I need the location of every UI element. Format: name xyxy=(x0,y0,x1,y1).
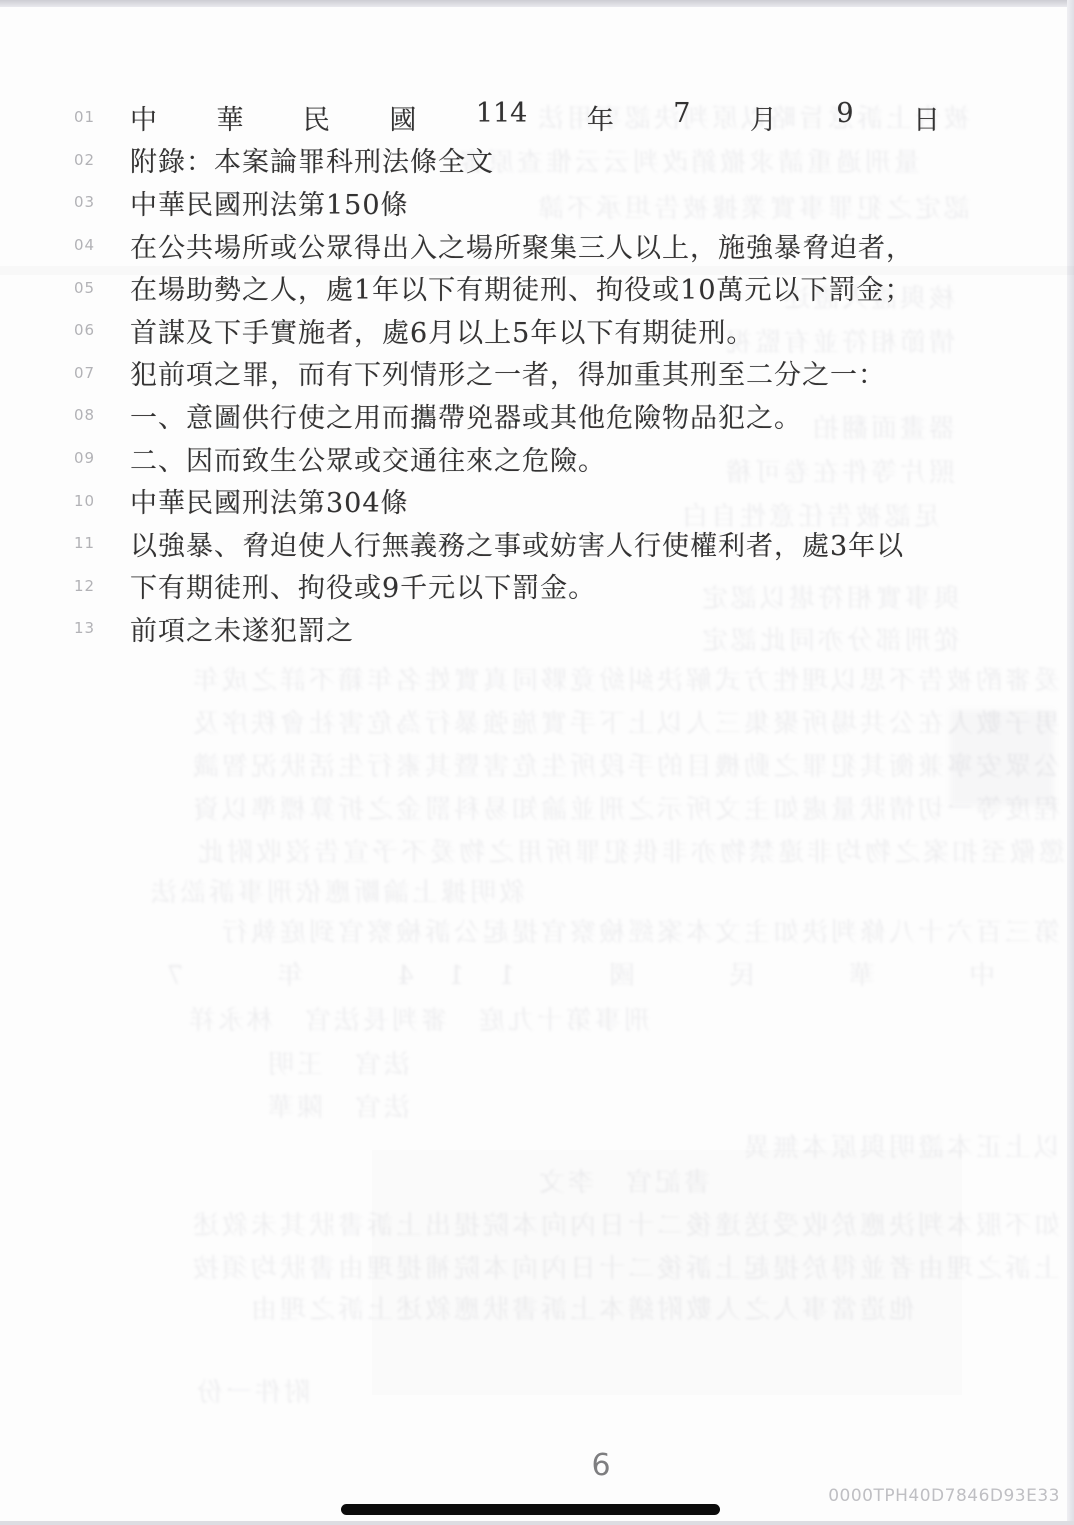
bleedthrough-line: 刑事第十九庭 審判長法官 林永祥 xyxy=(190,1000,650,1037)
date-token: 7 xyxy=(673,98,690,137)
date-token: 國 xyxy=(389,98,416,137)
text-line: 03 中華民國刑法第150條 xyxy=(0,181,1074,224)
line-number: 03 xyxy=(74,193,130,211)
line-number: 07 xyxy=(74,364,130,382)
bleedthrough-line: 法官 陳華 xyxy=(190,1087,410,1124)
document-id: 0000TPH40D7846D93E33 xyxy=(828,1486,1060,1506)
date-token: 華 xyxy=(216,98,243,137)
bleedthrough-line: 附件一份 xyxy=(110,1372,310,1409)
redaction-bar xyxy=(341,1504,720,1515)
line-text: 犯前項之罪，而有下列情形之一者，得加重其刑至二分之一： xyxy=(130,353,886,392)
text-line: 07 犯前項之罪，而有下列情形之一者，得加重其刑至二分之一： xyxy=(0,352,1074,395)
text-line: 06 首謀及下手實施者，處6月以上5年以下有期徒刑。 xyxy=(0,309,1074,352)
text-line: 09 二、因而致生公眾或交通往來之危險。 xyxy=(0,437,1074,480)
line-text: 中華民國刑法第150條 xyxy=(130,183,409,222)
bleedthrough-line: 如不服本判決應於收受送達後二十日內向本院提出上訴書狀其未敘述 xyxy=(95,1205,1060,1242)
bleedthrough-line: 法官 王明 xyxy=(190,1044,410,1081)
line-text: 前項之未遂犯罰之 xyxy=(130,609,354,648)
judgment-text-block: 01 中 華 民 國 114 年 7 月 9 日 02 附錄：本案論罪科刑法條全… xyxy=(0,96,1074,650)
line-text: 在場助勢之人，處1年以下有期徒刑、拘役或10萬元以下罰金； xyxy=(130,268,913,307)
bleedthrough-line: 公眾安寧兼衡其犯罪之動機目的手段所生危害暨其素行生活狀況智識 xyxy=(95,746,1060,783)
line-number: 12 xyxy=(74,577,130,595)
bleedthrough-line: 男子數人在公共場所聚集三人以上下手實施強暴行為危害社會秩序及 xyxy=(95,703,1060,740)
bleedthrough-line: 書記官 李文 xyxy=(430,1162,710,1199)
line-number: 10 xyxy=(74,492,130,510)
line-text: 附錄：本案論罪科刑法條全文 xyxy=(130,140,494,179)
text-line: 11 以強暴、脅迫使人行無義務之事或妨害人行使權利者，處3年以 xyxy=(0,522,1074,565)
line-number: 02 xyxy=(74,151,130,169)
line-text: 中華民國刑法第304條 xyxy=(130,481,409,520)
bleedthrough-line: 以上正本證明與原本無異 xyxy=(620,1127,1060,1164)
line-text: 在公共場所或公眾得出入之場所聚集三人以上，施強暴脅迫者， xyxy=(130,226,914,265)
bleedthrough-line: 第三百六十八條判決如主文本案經檢察官提起公訴檢察官到庭執行 xyxy=(200,912,1060,949)
bleedthrough-line: 程度等一切情狀量處如主文所示之刑並諭知易科罰金之折算標準以資 xyxy=(95,789,1060,826)
text-line: 04 在公共場所或公眾得出入之場所聚集三人以上，施強暴脅迫者， xyxy=(0,224,1074,267)
scanned-judgment-page: 被告上訴意旨略以原判決認事用法均有違誤 量刑過重請求撤銷改判云云惟查原審 認定之… xyxy=(0,0,1074,1525)
text-line: 01 中 華 民 國 114 年 7 月 9 日 xyxy=(0,96,1074,139)
bleedthrough-line: 他造當事人之人數附繕本上訴書狀應敘述上訴之理由 xyxy=(95,1289,915,1326)
text-line: 10 中華民國刑法第304條 xyxy=(0,479,1074,522)
text-line: 13 前項之未遂犯罰之 xyxy=(0,607,1074,650)
text-line: 05 在場助勢之人，處1年以下有期徒刑、拘役或10萬元以下罰金； xyxy=(0,266,1074,309)
bleedthrough-line: 懲儆至扣案之物均非違禁物亦非供犯罪所用之物爰不予宣告沒收附此 xyxy=(70,832,1065,869)
republic-era-date-line: 中 華 民 國 114 年 7 月 9 日 xyxy=(130,98,940,137)
date-token: 月 xyxy=(750,98,777,137)
line-number: 13 xyxy=(74,619,130,637)
line-number: 09 xyxy=(74,449,130,467)
bleedthrough-line: 上訴之理由者並得於提起上訴後二十日內向本院補提理由書狀均須按 xyxy=(95,1248,1060,1285)
line-number: 01 xyxy=(74,108,130,126)
date-token: 114 xyxy=(476,98,528,137)
text-line: 08 一、意圖供行使之用而攜帶兇器或其他危險物品犯之。 xyxy=(0,394,1074,437)
scan-top-edge xyxy=(0,0,1074,7)
scan-bottom-edge xyxy=(0,1521,1074,1525)
date-token: 年 xyxy=(587,98,614,137)
bleedthrough-line: 敘明據上論斷應依刑事訴訟法 xyxy=(95,872,525,909)
line-number: 08 xyxy=(74,406,130,424)
date-token: 民 xyxy=(303,98,330,137)
line-number: 06 xyxy=(74,321,130,339)
line-text: 二、因而致生公眾或交通往來之危險。 xyxy=(130,439,606,478)
date-token: 中 xyxy=(130,98,157,137)
line-text: 以強暴、脅迫使人行無義務之事或妨害人行使權利者，處3年以 xyxy=(130,524,904,563)
page-number: 6 xyxy=(566,1448,636,1483)
bleedthrough-line: 爰審酌被告不思以理性方式解決糾紛竟夥同真實姓名年籍不詳之成年 xyxy=(95,660,1060,697)
text-line: 02 附錄：本案論罪科刑法條全文 xyxy=(0,139,1074,182)
line-number: 11 xyxy=(74,534,130,552)
line-text: 首謀及下手實施者，處6月以上5年以下有期徒刑。 xyxy=(130,311,754,350)
bleedthrough-date-line: 中 華 民 國 114 年 7 月 9 日 xyxy=(95,955,995,992)
date-token: 9 xyxy=(836,98,853,137)
line-number: 04 xyxy=(74,236,130,254)
line-text: 一、意圖供行使之用而攜帶兇器或其他危險物品犯之。 xyxy=(130,396,802,435)
date-token: 日 xyxy=(913,98,940,137)
line-number: 05 xyxy=(74,279,130,297)
line-text: 下有期徒刑、拘役或9千元以下罰金。 xyxy=(130,566,596,605)
text-line: 12 下有期徒刑、拘役或9千元以下罰金。 xyxy=(0,565,1074,608)
